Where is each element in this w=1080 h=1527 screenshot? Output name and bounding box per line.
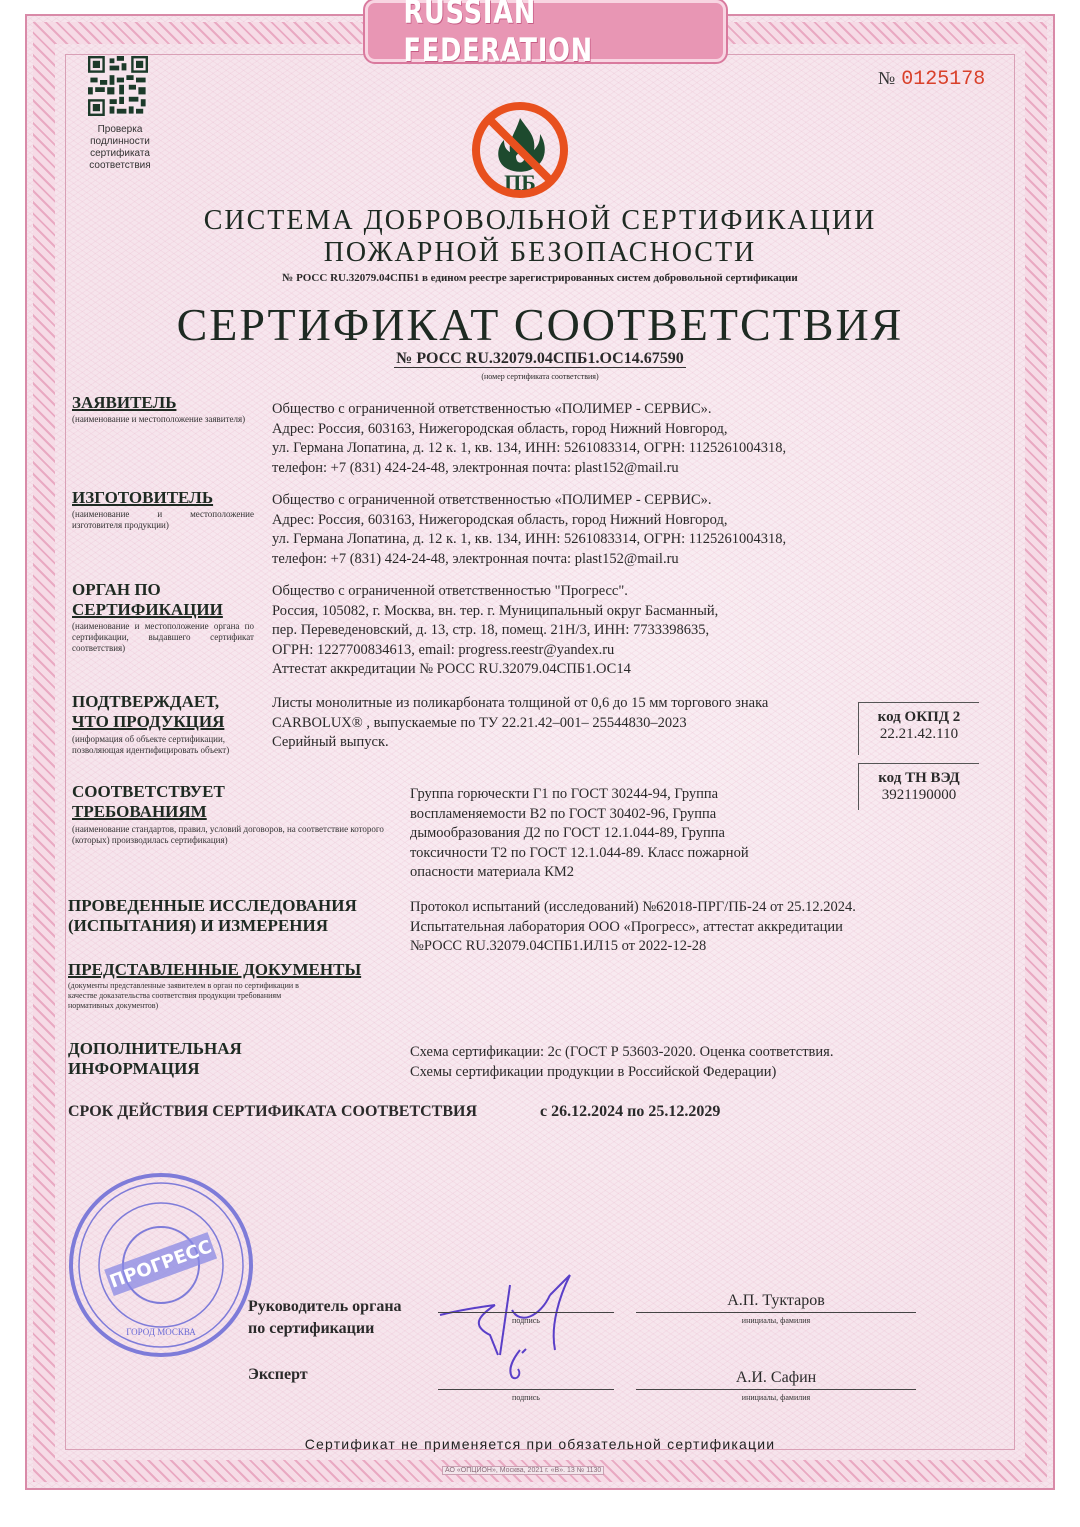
country-banner: RUSSIAN FEDERATION xyxy=(365,0,726,62)
additional-text: Схема сертификации: 2с (ГОСТ Р 53603-202… xyxy=(410,1043,833,1082)
requirements-note: (наименование стандартов, правил, услови… xyxy=(72,824,392,846)
certificate-number: № РОСС RU.32079.04СПБ1.ОС14.67590 xyxy=(0,350,1080,368)
requirements-text: Группа горюческти Г1 по ГОСТ 30244-94, Г… xyxy=(410,785,749,883)
product-label: ПОДТВЕРЖДАЕТ,ЧТО ПРОДУКЦИЯ xyxy=(72,692,224,732)
qr-code-icon xyxy=(88,55,148,117)
documents-label: ПРЕДСТАВЛЕННЫЕ ДОКУМЕНТЫ xyxy=(68,960,361,980)
additional-label: ДОПОЛНИТЕЛЬНАЯИНФОРМАЦИЯ xyxy=(68,1039,242,1079)
expert-name: А.И. Сафин xyxy=(636,1369,916,1387)
tests-text: Протокол испытаний (исследований) №62018… xyxy=(410,898,856,957)
printer-mark: АО «ОПЦИОН», Москва, 2021 г. «В». 13 № 1… xyxy=(442,1466,604,1475)
applicant-label: ЗАЯВИТЕЛЬ xyxy=(72,393,176,413)
tests-label: ПРОВЕДЕННЫЕ ИССЛЕДОВАНИЯ(ИСПЫТАНИЯ) И ИЗ… xyxy=(68,896,357,936)
system-title-line2: ПОЖАРНОЙ БЕЗОПАСНОСТИ xyxy=(0,237,1080,269)
expert-signature-icon xyxy=(500,1345,540,1385)
system-title-line1: СИСТЕМА ДОБРОВОЛЬНОЙ СЕРТИФИКАЦИИ xyxy=(0,205,1080,237)
validity-label: СРОК ДЕЙСТВИЯ СЕРТИФИКАТА СООТВЕТСТВИЯ xyxy=(68,1103,477,1121)
okpd2-code-box: код ОКПД 2 22.21.42.110 xyxy=(858,702,979,755)
head-name-caption: инициалы, фамилия xyxy=(636,1316,916,1325)
no-fire-icon: ПБ xyxy=(470,100,570,200)
expert-name-line xyxy=(636,1389,916,1390)
product-note: (информация об объекте сертификации, поз… xyxy=(72,734,242,756)
serial-number: №0125178 xyxy=(878,68,985,91)
product-text: Листы монолитные из поликарбоната толщин… xyxy=(272,694,768,753)
applicant-text: Общество с ограниченной ответственностью… xyxy=(272,400,786,478)
expert-signature-caption: подпись xyxy=(438,1393,614,1402)
head-signer-name: А.П. Туктаров xyxy=(636,1292,916,1310)
validity-period: с 26.12.2024 по 25.12.2029 xyxy=(540,1103,720,1121)
banner-text: RUSSIAN FEDERATION xyxy=(404,0,688,69)
footer-note: Сертификат не применяется при обязательн… xyxy=(0,1436,1080,1452)
cert-body-label: ОРГАН ПОСЕРТИФИКАЦИИ xyxy=(72,580,223,620)
head-signature-line xyxy=(438,1312,614,1313)
tnved-code-box: код ТН ВЭД 3921190000 xyxy=(858,763,979,810)
manufacturer-label: ИЗГОТОВИТЕЛЬ xyxy=(72,488,213,508)
applicant-note: (наименование и местоположение заявителя… xyxy=(72,414,254,425)
round-seal-stamp-icon: ПРОГРЕСС ГОРОД МОСКВА xyxy=(66,1170,256,1360)
head-signer-label: Руководитель органапо сертификации xyxy=(248,1296,402,1340)
cert-body-text: Общество с ограниченной ответственностью… xyxy=(272,582,718,680)
certificate-title: СЕРТИФИКАТ СООТВЕТСТВИЯ xyxy=(0,298,1080,351)
manufacturer-text: Общество с ограниченной ответственностью… xyxy=(272,491,786,569)
expert-signature-line xyxy=(438,1389,614,1390)
system-registration: № РОСС RU.32079.04СПБ1 в едином реестре … xyxy=(0,272,1080,284)
expert-label: Эксперт xyxy=(248,1364,308,1386)
expert-name-caption: инициалы, фамилия xyxy=(636,1393,916,1402)
requirements-label: СООТВЕТСТВУЕТТРЕБОВАНИЯМ xyxy=(72,782,225,822)
manufacturer-note: (наименование и местоположение изготовит… xyxy=(72,509,254,531)
documents-note: (документы представленные заявителем в о… xyxy=(68,981,318,1011)
svg-text:ГОРОД МОСКВА: ГОРОД МОСКВА xyxy=(126,1327,196,1337)
qr-caption: Проверка подлинности сертификата соответ… xyxy=(80,124,160,172)
head-signature-caption: подпись xyxy=(438,1316,614,1325)
cert-body-note: (наименование и местоположение органа по… xyxy=(72,621,254,654)
head-name-line xyxy=(636,1312,916,1313)
certificate-number-note: (номер сертификата соответствия) xyxy=(0,372,1080,381)
